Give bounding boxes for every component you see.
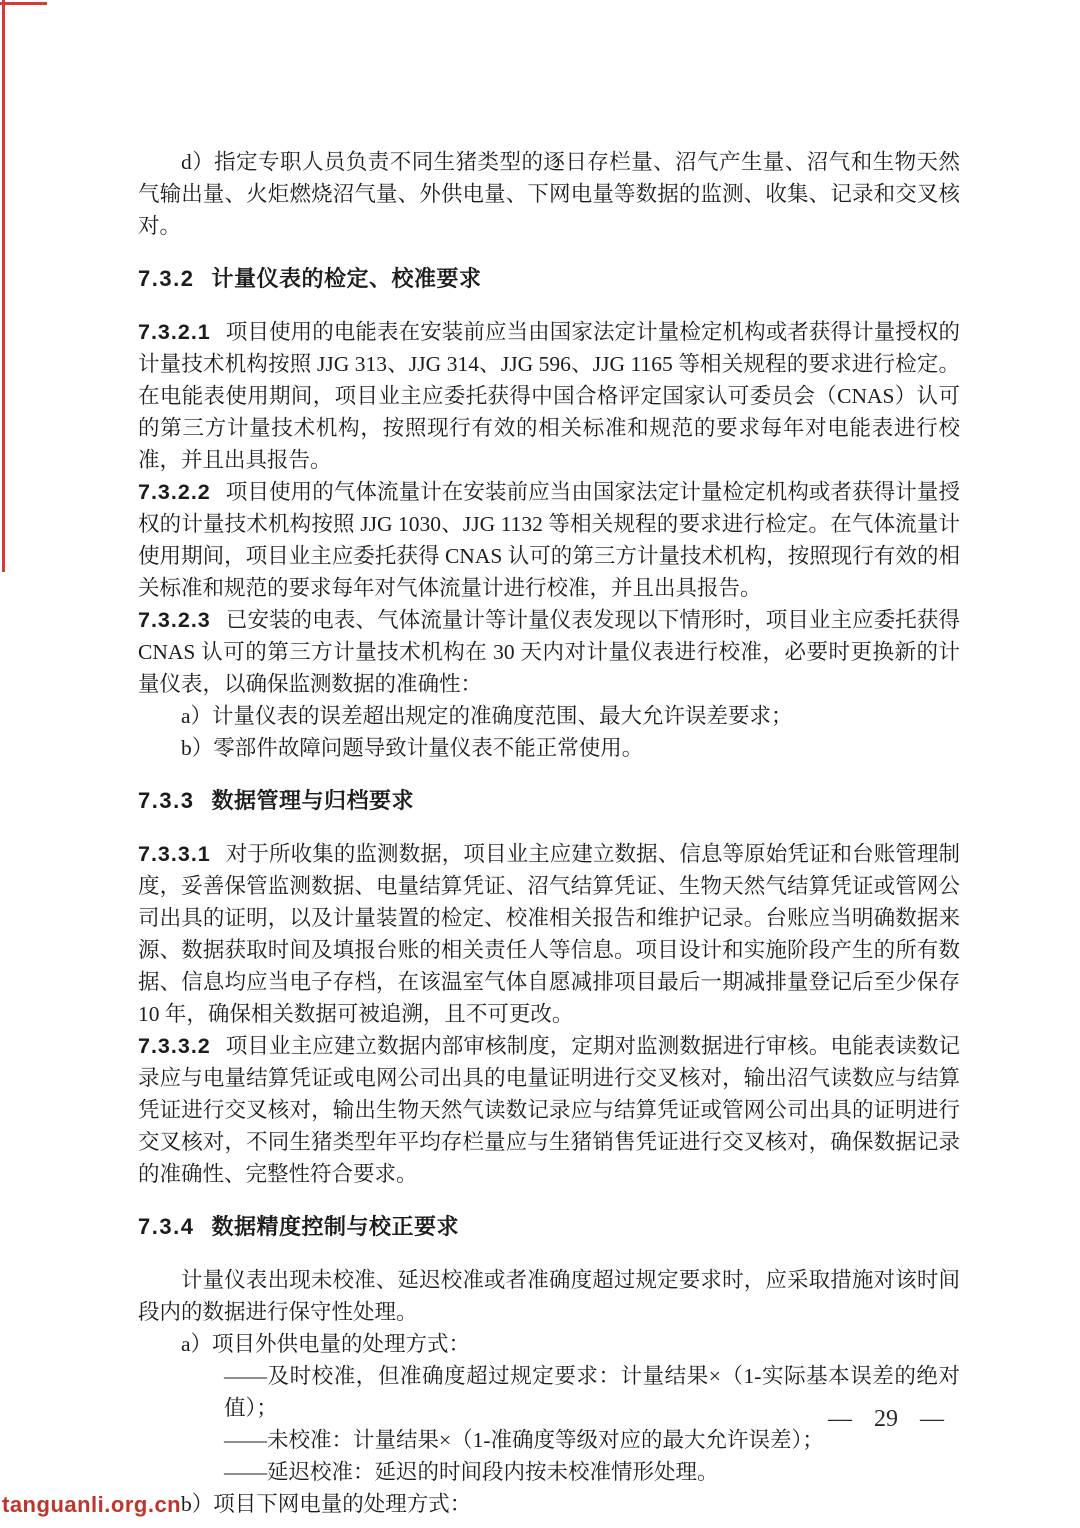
clause-text: 项目使用的气体流量计在安装前应当由国家法定计量检定机构或者获得计量授权的计量技术… xyxy=(138,480,960,600)
site-watermark: tanguanli.org.cn xyxy=(2,1492,181,1518)
section-number: 7.3.2 xyxy=(138,266,194,291)
clause-7323: 7.3.2.3已安装的电表、气体流量计等计量仪表发现以下情形时，项目业主应委托获… xyxy=(138,604,960,700)
red-crop-mark-top xyxy=(0,2,47,5)
clause-number: 7.3.2.2 xyxy=(138,480,211,504)
section-heading-733: 7.3.3数据管理与归档要求 xyxy=(138,785,960,817)
clause-text: 已安装的电表、气体流量计等计量仪表发现以下情形时，项目业主应委托获得 CNAS … xyxy=(138,608,960,696)
document-page: d）指定专职人员负责不同生猪类型的逐日存栏量、沼气产生量、沼气和生物天然气输出量… xyxy=(0,0,1080,1528)
list-item-a-7323: a）计量仪表的误差超出规定的准确度范围、最大允许误差要求； xyxy=(138,700,960,732)
section-heading-732: 7.3.2计量仪表的检定、校准要求 xyxy=(138,263,960,295)
paragraph-intro-734: 计量仪表出现未校准、延迟校准或者准确度超过规定要求时，应采取措施对该时间段内的数… xyxy=(138,1264,960,1328)
section-title: 数据管理与归档要求 xyxy=(211,788,414,813)
section-title: 计量仪表的检定、校准要求 xyxy=(211,266,481,291)
list-item-b-7323: b）零部件故障问题导致计量仪表不能正常使用。 xyxy=(138,732,960,764)
clause-7322: 7.3.2.2项目使用的气体流量计在安装前应当由国家法定计量检定机构或者获得计量… xyxy=(138,476,960,604)
document-body: d）指定专职人员负责不同生猪类型的逐日存栏量、沼气产生量、沼气和生物天然气输出量… xyxy=(138,146,960,1520)
clause-7321: 7.3.2.1项目使用的电能表在安装前应当由国家法定计量检定机构或者获得计量授权… xyxy=(138,316,960,476)
red-crop-mark-left xyxy=(2,0,5,572)
list-item-a-734: a）项目外供电量的处理方式： xyxy=(138,1328,960,1360)
page-number-dash-left: — xyxy=(828,1406,852,1433)
section-heading-734: 7.3.4数据精度控制与校正要求 xyxy=(138,1211,960,1243)
page-number-value: 29 xyxy=(874,1406,898,1433)
clause-number: 7.3.3.2 xyxy=(138,1034,211,1058)
clause-text: 对于所收集的监测数据，项目业主应建立数据、信息等原始凭证和台账管理制度，妥善保管… xyxy=(138,842,960,1026)
clause-7332: 7.3.3.2项目业主应建立数据内部审核制度，定期对监测数据进行审核。电能表读数… xyxy=(138,1030,960,1190)
clause-number: 7.3.2.1 xyxy=(138,320,211,344)
clause-number: 7.3.2.3 xyxy=(138,608,211,632)
clause-number: 7.3.3.1 xyxy=(138,842,211,866)
list-item-d: d）指定专职人员负责不同生猪类型的逐日存栏量、沼气产生量、沼气和生物天然气输出量… xyxy=(138,146,960,242)
section-title: 数据精度控制与校正要求 xyxy=(211,1214,459,1239)
section-number: 7.3.3 xyxy=(138,788,194,813)
page-number: — 29 — xyxy=(828,1406,944,1433)
list-item-b-734: b）项目下网电量的处理方式： xyxy=(138,1488,960,1520)
section-number: 7.3.4 xyxy=(138,1214,194,1239)
dash-item-3: ——延迟校准：延迟的时间段内按未校准情形处理。 xyxy=(138,1456,960,1488)
clause-text: 项目业主应建立数据内部审核制度，定期对监测数据进行审核。电能表读数记录应与电量结… xyxy=(138,1034,960,1186)
page-number-dash-right: — xyxy=(920,1406,944,1433)
clause-7331: 7.3.3.1对于所收集的监测数据，项目业主应建立数据、信息等原始凭证和台账管理… xyxy=(138,838,960,1030)
clause-text: 项目使用的电能表在安装前应当由国家法定计量检定机构或者获得计量授权的计量技术机构… xyxy=(138,320,960,472)
